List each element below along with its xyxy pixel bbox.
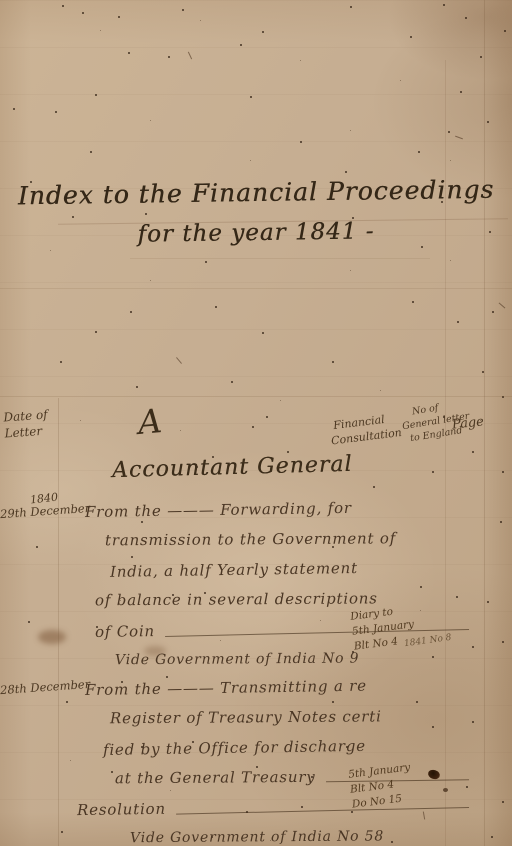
column-rule-date (58, 398, 59, 846)
entry-text-line: From the ——— Forwarding, for (85, 491, 475, 527)
ruled-line-header (0, 396, 512, 397)
entry-text-line: India, a half Yearly statement (110, 551, 475, 587)
column-header-date: Date of Letter (3, 406, 49, 441)
entry-text-line: fied by the Office for discharge (103, 729, 475, 765)
ink-streak (176, 357, 182, 364)
stain-smudge (38, 630, 66, 644)
ink-streak (499, 303, 506, 309)
entry-body: From the ——— Transmitting a re Register … (85, 672, 475, 846)
entry-date: 29th December (0, 501, 91, 521)
entry-text-line: Resolution (77, 789, 475, 825)
column-header-page: Page (451, 414, 484, 432)
section-letter: A (136, 401, 163, 442)
section-heading: Accountant General (112, 452, 353, 483)
entry-text-line: From the ——— Transmitting a re (85, 669, 475, 705)
document-title-line1: Index to the Financial Proceedings (0, 174, 512, 210)
manuscript-page: Index to the Financial Proceedings for t… (0, 0, 512, 846)
entry-text-line: Register of Treasury Notes certi (110, 701, 475, 734)
entry-text-line: transmission to the Government of (105, 523, 475, 556)
document-title-line2: for the year 1841 - (0, 216, 512, 249)
column-header-date-line2: Letter (4, 422, 49, 441)
column-header-consultation: Financial Consultation (332, 410, 402, 448)
entry-text-line: at the General Treasury (115, 761, 475, 794)
ruled-line (130, 258, 430, 259)
margin-note: 5th January Blt No 4 Do No 15 (347, 760, 414, 812)
entry-text-line: of balance in several descriptions (95, 583, 475, 616)
entry-date: 28th December (0, 677, 91, 697)
ink-specks-small (0, 0, 1, 1)
entry-reference-line: Vide Government of India No 58 (130, 821, 475, 846)
ink-streak (455, 136, 463, 140)
ink-streak (188, 52, 192, 60)
ruled-line (0, 288, 512, 289)
